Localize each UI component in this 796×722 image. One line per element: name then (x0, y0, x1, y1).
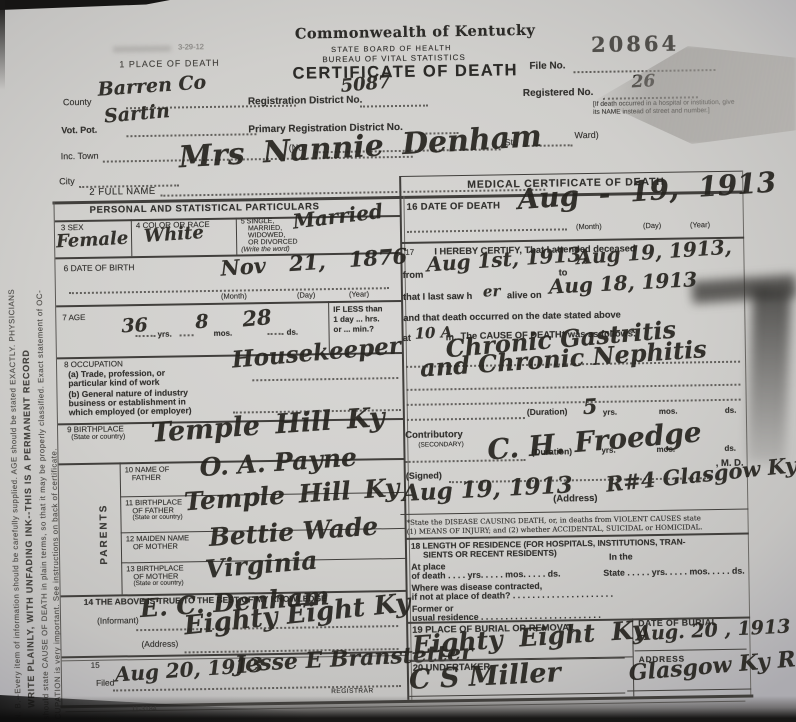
from-label: from (403, 271, 424, 281)
father-name-value: O. A. Payne (199, 444, 358, 480)
city-label: City (59, 177, 75, 187)
dod-month-label: (Month) (576, 223, 602, 231)
age-yrs-label: yrs. (158, 331, 172, 340)
at-label: at (403, 334, 411, 344)
dob-month-label: (Month) (221, 292, 247, 300)
registration-district-dotted (360, 105, 428, 108)
scan-left-edge-artifact (0, 0, 5, 90)
registered-no-label: Registered No. (523, 88, 594, 100)
last-saw-label: that I last saw h (403, 292, 472, 303)
age-ds-label: ds. (286, 329, 298, 338)
registration-district-value: 5087 (340, 74, 391, 96)
county-value: Barren Co (97, 73, 207, 99)
dod-day-label: (Day) (643, 222, 661, 230)
certificate-title: CERTIFICATE OF DEATH (292, 62, 518, 83)
cause-dotted-3 (407, 399, 741, 406)
age-days-value: 28 (241, 306, 272, 329)
filed-label: Filed (96, 679, 115, 688)
contracted-line2: if not at place of death? . . . . . . . … (412, 590, 614, 602)
file-number-stamp: 20864 (591, 33, 679, 56)
at-place-line: of death . . . . yrs. . . . . mos. . . .… (411, 570, 560, 582)
undertaker-address-underline (627, 689, 751, 692)
mother-birthplace-value: Virginia (204, 548, 318, 583)
in-state-line: State . . . . . yrs. . . . . mos. . . . … (603, 567, 744, 578)
mother-name-value: Bettie Wade (208, 514, 379, 550)
duration-ds-label: ds. (725, 407, 737, 416)
undertaker-value: C S Miller (408, 659, 561, 694)
age-months-value: 8 (195, 313, 209, 333)
duration2-ds-label: ds. (724, 445, 736, 454)
if-less-line2: 1 day ... hrs. (333, 315, 379, 324)
date-of-death-dotted (407, 228, 567, 233)
scan-bracket-artifact-vertical (747, 287, 791, 463)
age-mos-label: mos. (214, 330, 233, 339)
her-handwritten: er (483, 284, 501, 300)
vot-pot-label: Vot. Pot. (61, 126, 97, 136)
age-years-value: 36 (121, 316, 148, 336)
age-dotted-3 (268, 333, 284, 335)
occupation-a-line2: particular kind of work (68, 378, 159, 388)
personal-header: PERSONAL AND STATISTICAL PARTICULARS (90, 202, 320, 216)
parents-vertical-label: PARENTS (99, 504, 110, 565)
undertaker-address-value: Glasgow Ky R 4 (628, 646, 796, 684)
cell-line (131, 219, 133, 256)
secondary-note: (SECONDARY) (418, 442, 463, 450)
burial-date-value: Aug. 20 , 1913 (636, 618, 791, 645)
county-label: County (63, 98, 92, 108)
cause-dotted-2 (406, 384, 740, 391)
dob-day-label: (Day) (297, 291, 315, 299)
informant-address-label: (Address) (141, 640, 178, 649)
if-less-line3: or ... min.? (333, 325, 374, 334)
registrar-label: REGISTRAR (331, 688, 374, 695)
contributory-label: Contributory (405, 430, 463, 441)
age-dotted-2 (180, 334, 194, 336)
duration-dotted (407, 417, 525, 421)
duration-yrs-label: yrs. (603, 409, 617, 418)
father-birthplace-note: (State or country) (132, 514, 182, 522)
faint-form-code-smudge (113, 46, 171, 53)
signed-date-value: Aug 19, 1913 (402, 473, 574, 505)
margin-instruction-line3: should state CAUSE OF DEATH in plain ter… (36, 290, 51, 720)
alive-on-label: alive on (507, 291, 542, 301)
attended-to-date: Aug 19, 1913, (576, 237, 732, 268)
sex-value: Female (56, 230, 129, 252)
parents-cell-line (120, 462, 123, 594)
in-the-label: In the (609, 552, 633, 562)
residence-label-line2: SIENTS OR RECENT RESIDENTS) (423, 549, 557, 560)
commonwealth-title: Commonwealth of Kentucky (295, 23, 527, 42)
age-label: 7 AGE (62, 314, 85, 323)
date-of-death-value: Aug - 19, 1913 (517, 169, 777, 215)
form-code: 3-29-12 (178, 43, 204, 51)
full-name-label: 2 FULL NAME (89, 187, 156, 198)
race-value: White (143, 224, 204, 246)
item17-label: 17 (405, 249, 414, 258)
last-seen-date: Aug 18, 1913 (548, 269, 697, 296)
father-name-label2: FATHER (132, 474, 161, 482)
duration-mos-label: mos. (659, 408, 678, 417)
dob-year-label: (Year) (349, 290, 369, 298)
duration-years-value: 5 (582, 395, 598, 417)
dob-label: 6 DATE OF BIRTH (63, 263, 134, 273)
if-less-line1: IF LESS than (333, 305, 382, 314)
margin-instruction-line1: WRITE PLAINLY, WITH UNFADING INK--THIS I… (22, 349, 37, 708)
physician-signature: C. H. Froedge (486, 418, 702, 464)
occupation-a-dotted (252, 377, 398, 381)
mother-birthplace-note: (State or country) (133, 580, 183, 588)
age-dotted-1 (136, 335, 156, 337)
duration-label: (Duration) (527, 407, 568, 417)
mother-name-label2: OF MOTHER (133, 543, 178, 552)
cell-line (236, 218, 238, 255)
ward-label: Ward) (574, 131, 598, 141)
inc-town-label: Inc. Town (61, 152, 99, 162)
physician-address-label: (Address) (553, 494, 597, 505)
file-no-label: File No. (529, 61, 565, 72)
occupation-value: Housekeeper (231, 334, 402, 371)
item15-label: 15 (91, 662, 100, 671)
date-of-death-label: 16 DATE OF DEATH (407, 201, 501, 212)
registration-district-label: Registration District No. (248, 96, 363, 108)
vot-pot-value: Sartin (103, 102, 170, 127)
full-name-value: Mrs Nannie Denham (178, 122, 543, 174)
dod-year-label: (Year) (690, 221, 710, 229)
informant-label: (Informant) (97, 616, 139, 626)
birthplace-note: (State or country) (71, 433, 125, 441)
place-of-death-section-label: 1 PLACE OF DEATH (119, 59, 219, 70)
